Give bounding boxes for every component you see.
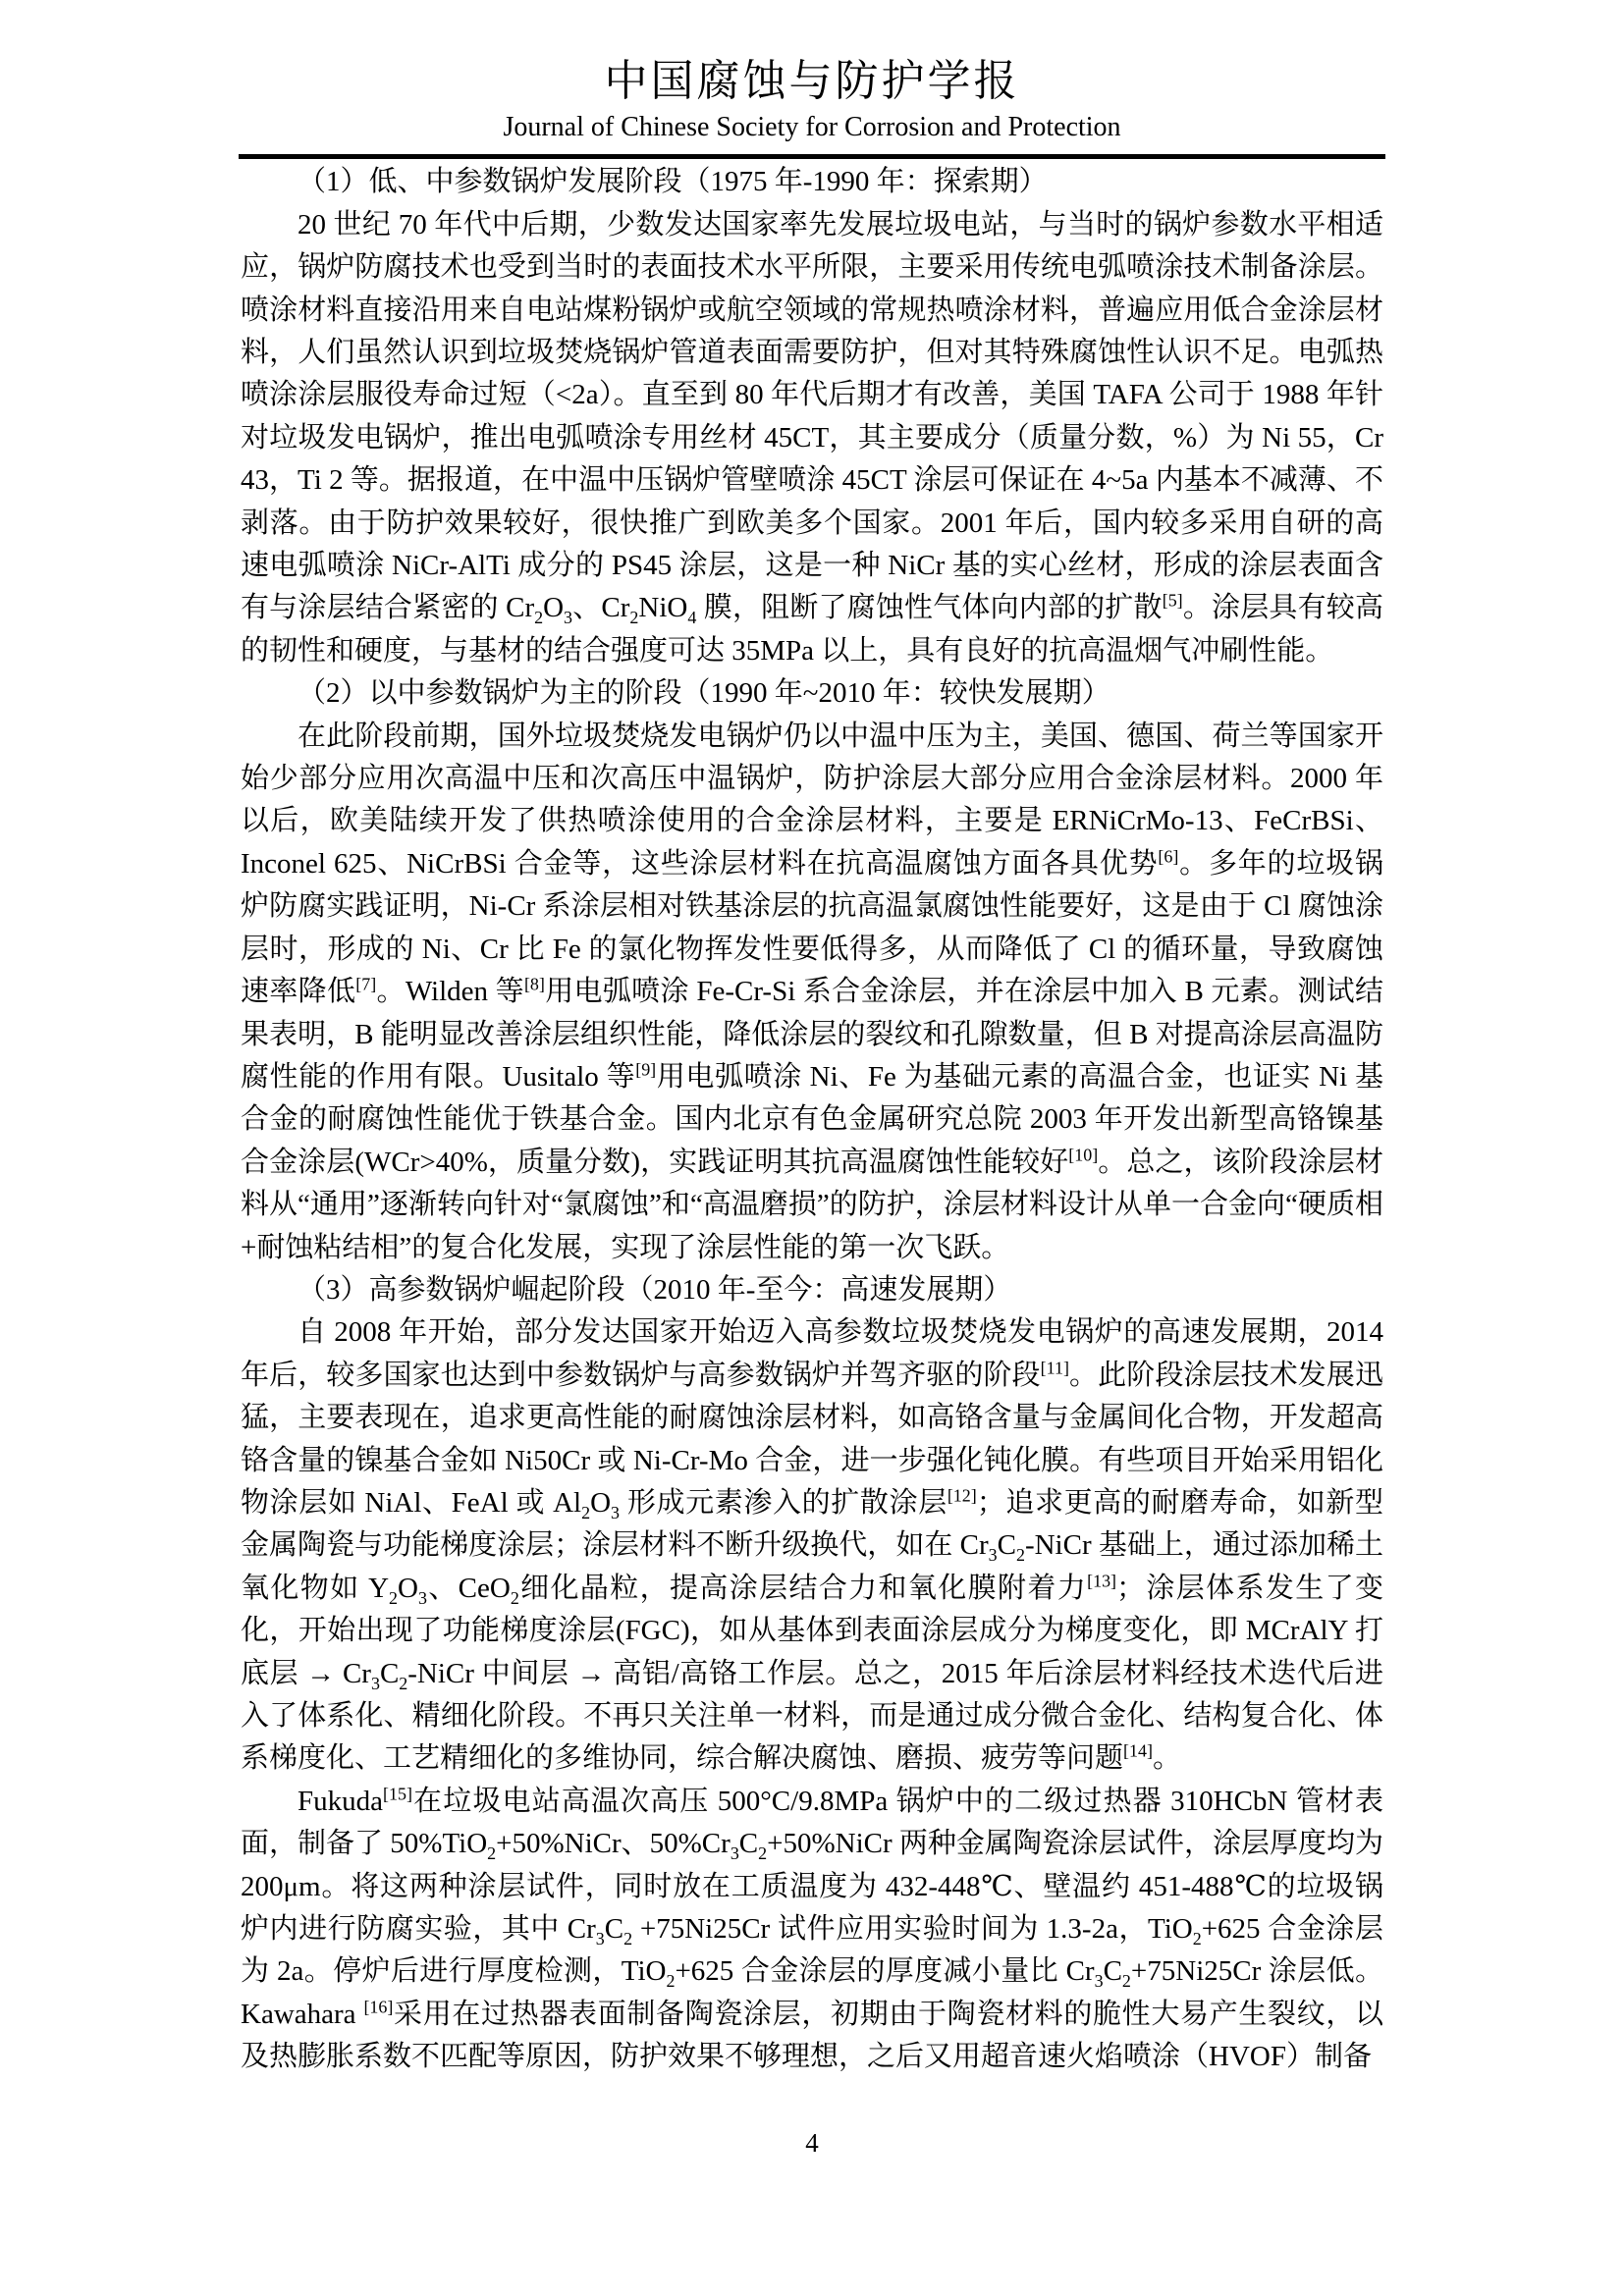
reference-superscript: [6] <box>1158 846 1178 866</box>
body-text: +625 合金涂层的厚度减小量比 Cr <box>675 1955 1094 1987</box>
body-text: O <box>543 592 564 623</box>
subscript-text: 3 <box>731 1843 739 1863</box>
body-text: （2）以中参数锅炉为主的阶段（1990 年~2010 年：较快发展期） <box>298 677 1110 709</box>
subscript-text: 2 <box>1122 1971 1131 1991</box>
body-text: Fukuda <box>298 1786 383 1817</box>
body-text: 细化晶粒，提高涂层结合力和氧化膜附着力 <box>519 1573 1087 1604</box>
subscript-text: 3 <box>371 1673 380 1692</box>
body-text: 。 <box>1153 1742 1181 1774</box>
body-text: O <box>590 1487 611 1519</box>
subscript-text: 3 <box>1095 1971 1104 1991</box>
article-body: （1）低、中参数锅炉发展阶段（1975 年-1990 年：探索期）20 世纪 7… <box>241 159 1383 2078</box>
body-text: 采用在过热器表面制备陶瓷涂层，初期由于陶瓷材料的脆性大易产生裂纹，以及热膨胀系数… <box>241 1999 1383 2072</box>
page-number: 4 <box>0 2128 1624 2159</box>
subscript-text: 2 <box>534 608 543 627</box>
reference-superscript: [5] <box>1163 591 1183 611</box>
stage-1-paragraph: 20 世纪 70 年代中后期，少数发达国家率先发展垃圾电站，与当时的锅炉参数水平… <box>241 204 1383 672</box>
subscript-text: 2 <box>581 1503 590 1522</box>
body-text: 、Cr <box>572 592 629 623</box>
body-text: 。Wilden 等 <box>376 976 524 1007</box>
subscript-text: 3 <box>596 1929 605 1949</box>
body-text: +50%NiCr、50%Cr <box>496 1828 731 1859</box>
reference-superscript: [16] <box>363 1997 393 2016</box>
reference-superscript: [12] <box>947 1485 977 1505</box>
body-text: C <box>380 1658 399 1689</box>
reference-superscript: [14] <box>1123 1741 1153 1761</box>
subscript-text: 3 <box>611 1503 620 1522</box>
reference-superscript: [13] <box>1087 1571 1116 1590</box>
subscript-text: 2 <box>399 1673 407 1692</box>
body-text: 、CeO <box>427 1573 511 1604</box>
subscript-text: 3 <box>989 1545 998 1565</box>
reference-superscript: [8] <box>524 974 545 993</box>
reference-superscript: [9] <box>635 1059 656 1079</box>
subscript-text: 2 <box>1016 1545 1025 1565</box>
body-text: C <box>998 1529 1016 1561</box>
subscript-text: 2 <box>389 1588 398 1608</box>
body-text: +75Ni25Cr 试件应用实验时间为 1.3-2a，TiO <box>632 1913 1193 1945</box>
reference-superscript: [15] <box>383 1784 412 1803</box>
body-text: （3）高参数锅炉崛起阶段（2010 年-至今：高速发展期） <box>298 1274 1011 1306</box>
fukuda-kawahara-paragraph: Fukuda[15]在垃圾电站高温次高压 500°C/9.8MPa 锅炉中的二级… <box>241 1781 1383 2079</box>
body-text: O <box>398 1573 418 1604</box>
body-text: 膜，阻断了腐蚀性气体向内部的扩散 <box>696 592 1162 623</box>
body-text: NiO <box>638 592 687 623</box>
subscript-text: 4 <box>687 608 696 627</box>
subscript-text: 3 <box>564 608 572 627</box>
body-text: C <box>1104 1955 1122 1987</box>
stage-3-paragraph: 自 2008 年开始，部分发达国家开始迈入高参数垃圾焚烧发电锅炉的高速发展期，2… <box>241 1311 1383 1780</box>
stage-3-heading: （3）高参数锅炉崛起阶段（2010 年-至今：高速发展期） <box>241 1269 1383 1311</box>
stage-2-heading: （2）以中参数锅炉为主的阶段（1990 年~2010 年：较快发展期） <box>241 672 1383 715</box>
reference-superscript: [10] <box>1068 1145 1098 1164</box>
body-text: （1）低、中参数锅炉发展阶段（1975 年-1990 年：探索期） <box>298 166 1048 197</box>
subscript-text: 3 <box>418 1588 427 1608</box>
subscript-text: 2 <box>758 1843 767 1863</box>
subscript-text: 2 <box>487 1843 496 1863</box>
reference-superscript: [7] <box>355 974 376 993</box>
stage-2-paragraph: 在此阶段前期，国外垃圾焚烧发电锅炉仍以中温中压为主，美国、德国、荷兰等国家开始少… <box>241 716 1383 1269</box>
body-text: 20 世纪 70 年代中后期，少数发达国家率先发展垃圾电站，与当时的锅炉参数水平… <box>241 209 1383 624</box>
body-text: 形成元素渗入的扩散涂层 <box>620 1487 947 1519</box>
subscript-text: 2 <box>511 1588 519 1608</box>
subscript-text: 2 <box>623 1929 632 1949</box>
body-text: -NiCr 中间层 → 高铝/高铬工作层。总之，2015 年后涂层材料经技术迭代… <box>241 1658 1383 1775</box>
journal-title-chinese: 中国腐蚀与防护学报 <box>0 0 1624 107</box>
reference-superscript: [11] <box>1041 1358 1069 1377</box>
body-text: C <box>739 1828 758 1859</box>
body-text: C <box>605 1913 623 1945</box>
journal-title-english: Journal of Chinese Society for Corrosion… <box>0 113 1624 143</box>
document-page: 中国腐蚀与防护学报 Journal of Chinese Society for… <box>0 0 1624 2296</box>
stage-1-heading: （1）低、中参数锅炉发展阶段（1975 年-1990 年：探索期） <box>241 161 1383 203</box>
subscript-text: 2 <box>1193 1929 1202 1949</box>
journal-header: 中国腐蚀与防护学报 Journal of Chinese Society for… <box>0 0 1624 159</box>
